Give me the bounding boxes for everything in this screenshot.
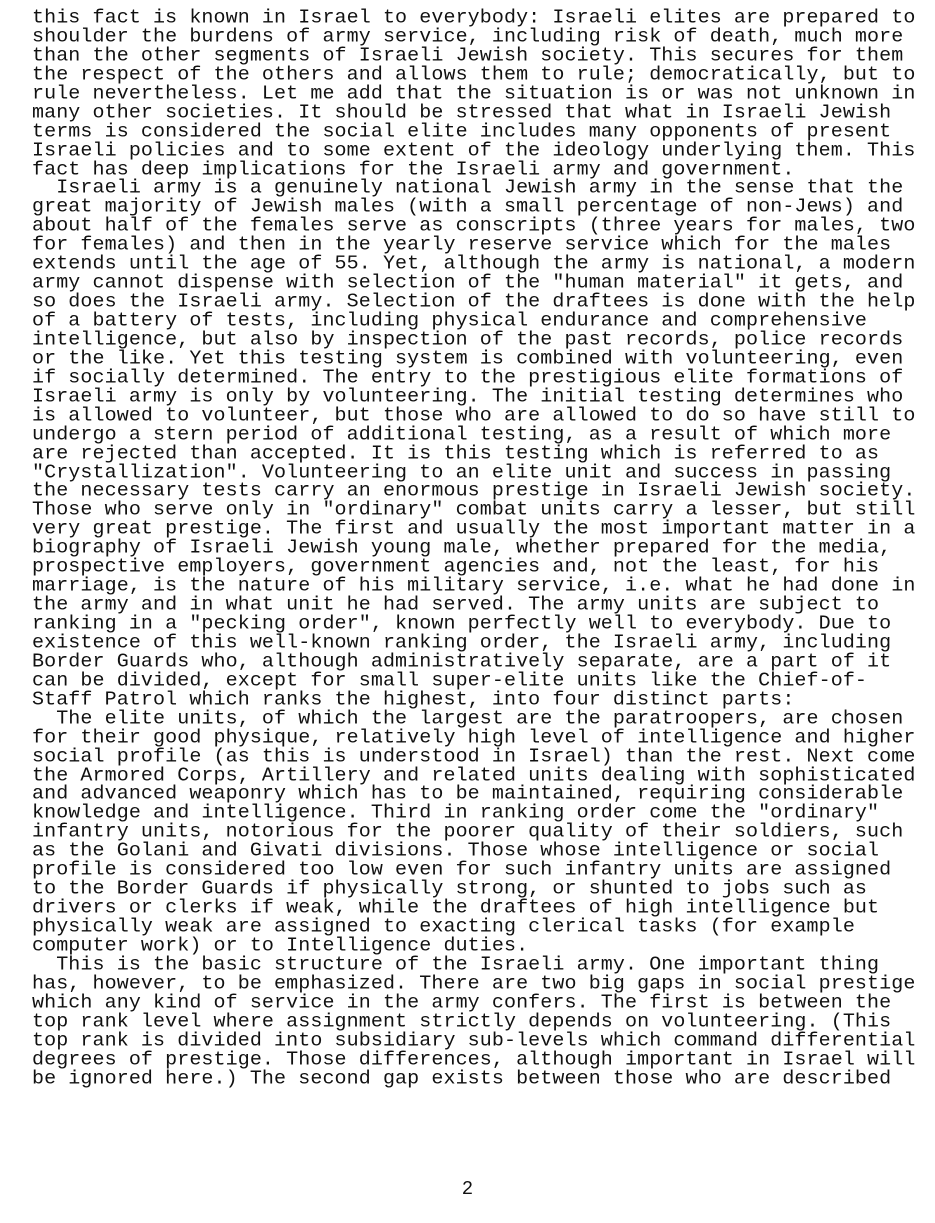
text-line: if socially determined. The entry to the… [32, 369, 932, 388]
text-line: be ignored here.) The second gap exists … [32, 1070, 932, 1089]
text-line: Staff Patrol which ranks the highest, in… [32, 691, 932, 710]
text-line: or the like. Yet this testing system is … [32, 350, 932, 369]
text-line: The elite units, of which the largest ar… [32, 710, 932, 729]
text-line: can be divided, except for small super-e… [32, 672, 932, 691]
text-line: are rejected than accepted. It is this t… [32, 445, 932, 464]
text-line: this fact is known in Israel to everybod… [32, 9, 932, 28]
text-line: has, however, to be emphasized. There ar… [32, 975, 932, 994]
text-line: Israeli army is only by volunteering. Th… [32, 388, 932, 407]
text-line: than the other segments of Israeli Jewis… [32, 47, 932, 66]
text-line: top rank level where assignment strictly… [32, 1013, 932, 1032]
text-line: terms is considered the social elite inc… [32, 123, 932, 142]
text-line: is allowed to volunteer, but those who a… [32, 407, 932, 426]
text-line: Border Guards who, although administrati… [32, 653, 932, 672]
text-line: This is the basic structure of the Israe… [32, 956, 932, 975]
text-line: undergo a stern period of additional tes… [32, 426, 932, 445]
document-body: this fact is known in Israel to everybod… [32, 9, 932, 1089]
text-line: computer work) or to Intelligence duties… [32, 937, 932, 956]
text-line: for their good physique, relatively high… [32, 729, 932, 748]
text-line: degrees of prestige. Those differences, … [32, 1051, 932, 1070]
text-line: Israeli policies and to some extent of t… [32, 142, 932, 161]
text-line: intelligence, but also by inspection of … [32, 331, 932, 350]
text-line: existence of this well-known ranking ord… [32, 634, 932, 653]
text-line: ranking in a "pecking order", known perf… [32, 615, 932, 634]
text-line: rule nevertheless. Let me add that the s… [32, 85, 932, 104]
text-line: the respect of the others and allows the… [32, 66, 932, 85]
text-line: social profile (as this is understood in… [32, 748, 932, 767]
text-line: shoulder the burdens of army service, in… [32, 28, 932, 47]
text-line: physically weak are assigned to exacting… [32, 918, 932, 937]
text-line: which any kind of service in the army co… [32, 994, 932, 1013]
text-line: of a battery of tests, including physica… [32, 312, 932, 331]
text-line: many other societies. It should be stres… [32, 104, 932, 123]
page-number: 2 [0, 1178, 935, 1200]
text-line: top rank is divided into subsidiary sub-… [32, 1032, 932, 1051]
